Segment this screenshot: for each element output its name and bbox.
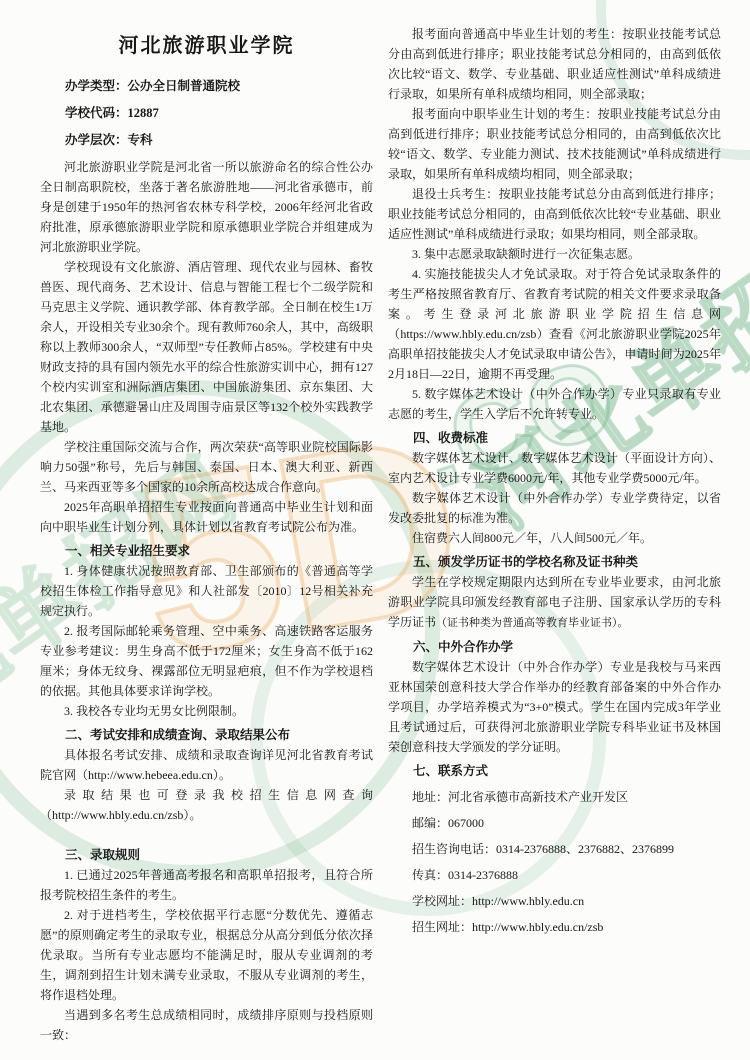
section-heading-requirements: 一、相关专业招生要求 <box>40 541 373 561</box>
contact-admission-website: 招生网址：http://www.hbly.edu.cn/zsb <box>388 917 721 937</box>
ranking-rule-paragraph: 退役士兵考生：按职业技能考试总分由高到低进行排序；职业技能考试总分相同的，由高到… <box>388 184 721 244</box>
field-label: 学校代码： <box>65 106 128 120</box>
intro-paragraph: 河北旅游职业学院是河北省一所以旅游命名的综合性公办全日制高职院校，坐落于著名旅游… <box>40 157 373 257</box>
contact-school-website: 学校网址：http://www.hbly.edu.cn <box>388 891 721 911</box>
joint-program-paragraph: 数字媒体艺术设计（中外合作办学）专业是我校与马来西亚林国荣创意科技大学合作举办的… <box>388 657 721 757</box>
admission-rule-item: 2. 对于进档考生，学校依据平行志愿“分数优先、遵循志愿”的原则确定考生的录取专… <box>40 905 373 1005</box>
admission-rule-item: 当遇到多名考生总成绩相同时，成绩排序原则与投档原则一致： <box>40 1005 373 1045</box>
admission-rule-item: 1. 已通过2025年普通高考报名和高职单招报考，且符合所报考院校招生条件的考生… <box>40 865 373 905</box>
school-level-line: 办学层次：专科 <box>40 130 373 150</box>
field-value: 公办全日制普通院校 <box>128 79 241 93</box>
section-heading-fees: 四、收费标准 <box>388 428 721 448</box>
field-label: 办学层次： <box>65 133 128 147</box>
intro-paragraph: 学校现设有文化旅游、酒店管理、现代农业与园林、畜牧兽医、现代商务、艺术设计、信息… <box>40 257 373 437</box>
requirement-item: 2. 报考国际邮轮乘务管理、空中乘务、高速铁路客运服务专业参考建议：男生身高不低… <box>40 621 373 701</box>
exam-query-paragraph: 录取结果也可登录我校招生信息网查询（http://www.hbly.edu.cn… <box>40 785 373 825</box>
contact-phone: 招生咨询电话：0314-2376888、2376882、2376899 <box>388 839 721 859</box>
school-type-line: 办学类型：公办全日制普通院校 <box>40 76 373 96</box>
contact-address: 地址：河北省承德市高新技术产业开发区 <box>388 787 721 807</box>
field-value: 专科 <box>128 133 153 147</box>
section-heading-contact: 七、联系方式 <box>388 761 721 781</box>
admission-rule-item: 4. 实施技能拔尖人才免试录取。对于符合免试录取条件的考生严格按照省教育厅、省教… <box>388 264 721 384</box>
section-heading-exam-query: 二、考试安排和成绩查询、录取结果公布 <box>40 725 373 745</box>
exam-query-paragraph: 具体报名考试安排、成绩和录取查询详见河北省教育考试院官网（http://www.… <box>40 745 373 785</box>
admission-rule-item: 5. 数字媒体艺术设计（中外合作办学）专业只录取有专业志愿的考生，学生入学后不允… <box>388 384 721 424</box>
fee-paragraph: 数字媒体艺术设计、数字媒体艺术设计（平面设计方向）、室内艺术设计专业学费6000… <box>388 448 721 488</box>
ranking-rule-paragraph: 报考面向普通高中毕业生计划的考生：按职业技能考试总分由高到低进行排序；职业技能考… <box>388 24 721 104</box>
right-column: 报考面向普通高中毕业生计划的考生：按职业技能考试总分由高到低进行排序；职业技能考… <box>388 24 721 937</box>
section-heading-admission-rules: 三、录取规则 <box>40 845 373 865</box>
section-heading-certificate: 五、颁发学历证书的学校名称及证书种类 <box>388 552 721 572</box>
ranking-rule-paragraph: 报考面向中职毕业生计划的考生：按职业技能考试总分由高到低进行排序；职业技能考试总… <box>388 104 721 184</box>
contact-zipcode: 邮编：067000 <box>388 813 721 833</box>
admission-rule-item: 3. 集中志愿录取缺额时进行一次征集志愿。 <box>388 244 721 264</box>
plan-note-paragraph: 2025年高职单招招生专业按面向普通高中毕业生计划和面向中职毕业生计划分列，具体… <box>40 497 373 537</box>
requirement-item: 3. 我校各专业均无男女比例限制。 <box>40 701 373 721</box>
contact-fax: 传真：0314-2376888 <box>388 865 721 885</box>
certificate-note: （证书种类为普通高等教育毕业证书）。 <box>436 617 629 629</box>
scanned-admission-document: 5D .CO 河北单招网 河北单招网 河北旅游职业学院 办学类型：公办全日制普通… <box>0 0 750 1060</box>
fee-paragraph: 住宿费六人间800元／年，八人间500元／年。 <box>388 528 721 548</box>
page-title: 河北旅游职业学院 <box>40 36 373 56</box>
field-value: 12887 <box>128 106 159 120</box>
field-label: 办学类型： <box>65 79 128 93</box>
intro-paragraph: 学校注重国际交流与合作，两次荣获“高等职业院校国际影响力50强”称号，先后与韩国… <box>40 437 373 497</box>
certificate-paragraph: 学生在学校规定期限内达到所在专业毕业要求，由河北旅游职业学院具印颁发经教育部电子… <box>388 572 721 633</box>
requirement-item: 1. 身体健康状况按照教育部、卫生部颁布的《普通高等学校招生体检工作指导意见》和… <box>40 561 373 621</box>
school-code-line: 学校代码：12887 <box>40 103 373 123</box>
fee-paragraph: 数字媒体艺术设计（中外合作办学）专业学费待定，以省发改委批复的标准为准。 <box>388 488 721 528</box>
left-column: 河北旅游职业学院 办学类型：公办全日制普通院校 学校代码：12887 办学层次：… <box>40 30 373 1045</box>
section-heading-joint-program: 六、中外合作办学 <box>388 637 721 657</box>
